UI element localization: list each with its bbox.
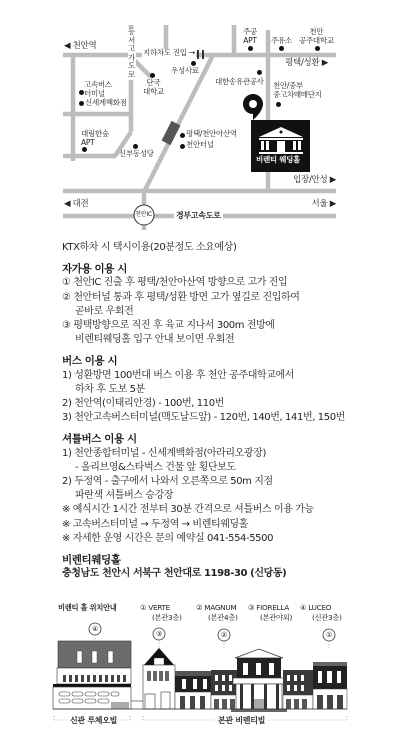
marker-verte: ① xyxy=(326,631,332,641)
car-step-cont: 곧바로 우회전 xyxy=(62,305,392,319)
car-step: ① 천안IC 진출 후 평택/천안아산역 방향으로 고가 진입 xyxy=(62,276,392,290)
landmark-dot xyxy=(315,46,320,51)
landmark-dot xyxy=(79,90,84,95)
road-gyeongbu-expressway: 경부고속도로 xyxy=(174,211,223,220)
address-name: 비렌티웨딩홀 xyxy=(62,553,392,567)
cheonan-ic-label: 천안IC xyxy=(135,211,152,218)
shuttle-note-contact: ※ 자세한 운영 시간은 문의 예약실 041-554-5500 xyxy=(62,532,392,546)
address-line: 충청남도 천안시 서북구 천안대로 1198-30 (신당동) xyxy=(62,567,392,581)
landmark-woosung-feed: 우성사료 xyxy=(171,67,199,76)
landmark-dot xyxy=(248,46,253,51)
shuttle-step-cont: - 올리브영&스타벅스 건물 앞 횡단보도 xyxy=(62,461,392,475)
landmark-dot xyxy=(82,147,87,152)
shuttle-note: ※ 고속버스터미널 → 두정역 → 비렌티웨딩홀 xyxy=(62,518,392,532)
bus-step: 2) 천안역(이태리안경) - 100번, 110번 xyxy=(62,397,392,411)
landmark-used-car-complex: 천안/중부 중고차매매단지 xyxy=(273,82,322,99)
landmark-sinbu-cathedral: 신부동성당 xyxy=(119,150,154,159)
building-illustration xyxy=(0,595,400,755)
marker-magnum: ② xyxy=(221,631,227,641)
landmark-dot xyxy=(276,102,281,107)
shuttle-step-cont: 파란색 셔틀버스 승강장 xyxy=(62,489,392,503)
directions-info: KTX하차 시 택시이용(20분정도 소요예상) 자가용 이용 시 ① 천안IC… xyxy=(62,241,392,581)
road-underpass-entry: 지하차도 진입 → xyxy=(142,49,196,58)
landmark-dot xyxy=(79,101,84,106)
marker-fiorella: ③ xyxy=(156,630,162,640)
tunnel-block xyxy=(162,121,181,145)
landmark-daehan-oil: 대한송유관공사 xyxy=(215,78,264,87)
marker-luceo: ④ xyxy=(92,625,98,635)
car-section-title: 자가용 이용 시 xyxy=(62,262,392,276)
landmark-dot xyxy=(257,70,262,75)
car-step: ③ 평택방향으로 직진 후 육교 지나서 300m 전방에 xyxy=(62,319,392,333)
landmark-jugong-apt: 주공 APT xyxy=(243,28,257,45)
car-step: ② 천안터널 통과 후 평택/성환 방면 고가 옆길로 진입하여 xyxy=(62,291,392,305)
hall-location-guide: 비렌티 홀 위치안내 ① VERTE(본관3층) ② MAGNUM(본관4층) … xyxy=(0,595,400,755)
landmark-kongju-univ: 천안 공주대학교 xyxy=(299,28,334,45)
direction-pyeongtaek-seonghwan: 평택/성환 ▶ xyxy=(285,59,328,69)
shuttle-step: 2) 두정역 - 출구에서 나와서 오른쪽으로 50m 지점 xyxy=(62,475,392,489)
direction-seoul: 서울 ▶ xyxy=(312,200,336,210)
location-map: ◀ 천안역 평택/성환 ▶ 입장/안성 ▶ ◀ 대전 서울 ▶ 동서고가도로 지… xyxy=(0,0,400,230)
landmark-daerim-apt: 대림한숲 APT xyxy=(81,130,109,147)
direction-daejeon: ◀ 대전 xyxy=(64,200,88,210)
landmark-dankook-univ: 단국 대학교 xyxy=(143,79,164,96)
destination-name: 비렌티 웨딩홀 xyxy=(256,156,300,165)
road-network xyxy=(0,0,400,230)
landmark-dot xyxy=(180,144,185,149)
bus-step-cont: 하차 후 도보 5분 xyxy=(62,383,392,397)
landmark-dot xyxy=(180,133,185,138)
direction-cheonan-station: ◀ 천안역 xyxy=(64,42,96,52)
main-building-label: 본관 비렌티빌 xyxy=(215,715,268,726)
landmark-asan-station: 평택/천안아산역 xyxy=(186,130,237,139)
landmark-dot xyxy=(279,46,284,51)
shuttle-section-title: 셔틀버스 이용 시 xyxy=(62,432,392,446)
location-pin-icon xyxy=(243,94,263,120)
shuttle-note: ※ 예식시간 1시간 전부터 30분 간격으로 셔틀버스 이용 가능 xyxy=(62,503,392,517)
landmark-gas-station: 주유소 xyxy=(271,37,292,46)
new-building-label: 신관 루체오빌 xyxy=(67,715,120,726)
bus-step: 1) 성환방면 100번대 버스 이용 후 천안 공주대학교에서 xyxy=(62,369,392,383)
landmark-shinsegae: 신세계백화점 xyxy=(85,99,127,108)
ktx-info: KTX하차 시 택시이용(20분정도 소요예상) xyxy=(62,241,392,255)
direction-ipjang-anseong: 입장/안성 ▶ xyxy=(293,176,336,186)
landmark-express-bus-terminal: 고속버스 터미널 xyxy=(84,81,112,98)
landmark-cheonan-tunnel: 천안터널 xyxy=(186,141,214,150)
bus-step: 3) 천안고속버스터미널(맥도날드앞) - 120번, 140번, 141번, … xyxy=(62,411,392,425)
car-step-cont: 비렌티웨딩홀 입구 안내 보이면 우회전 xyxy=(62,333,392,347)
bus-section-title: 버스 이용 시 xyxy=(62,354,392,368)
road-dongseo-overpass: 동서고가도로 xyxy=(128,28,136,80)
shuttle-step: 1) 천안종합터미널 - 신세계백화점(아라리오광장) xyxy=(62,447,392,461)
